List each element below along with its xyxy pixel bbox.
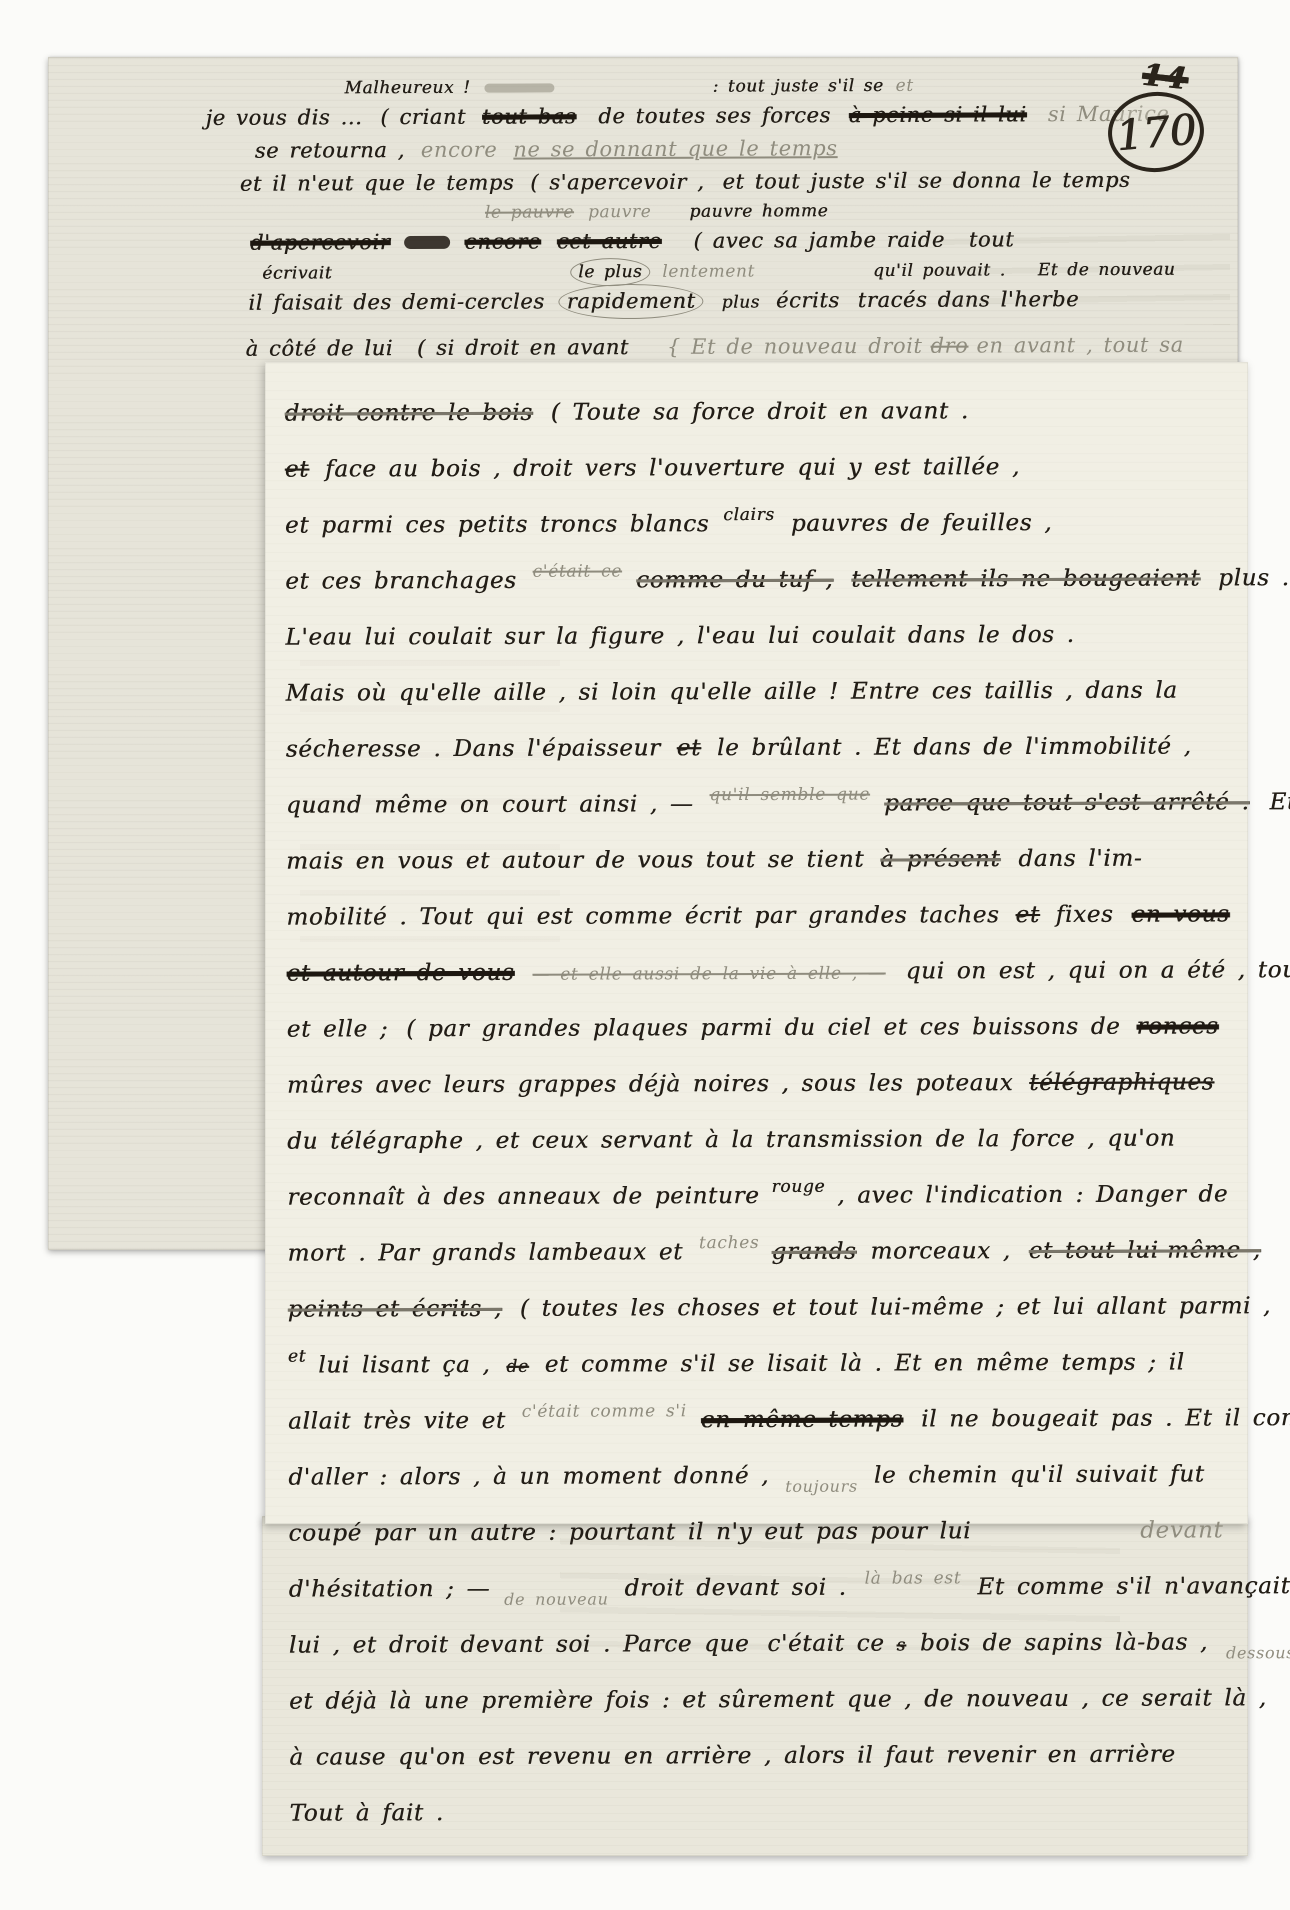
manuscript-line: se retourna ,encorene se donnant que le … xyxy=(198,131,1178,168)
manuscript-line: Mais où qu'elle aille , si loin qu'elle … xyxy=(285,662,1228,721)
manuscript-line: et déjà là une première fois : et sûreme… xyxy=(289,1670,1232,1729)
manuscript-line: allait très vite etc'était comme s'ien m… xyxy=(288,1390,1231,1449)
manuscript-line: d'hésitation ; —de nouveaudroit devant s… xyxy=(289,1558,1232,1617)
text-segment: L'eau lui coulait sur la figure , l'eau … xyxy=(285,607,1074,666)
text-segment: d'hésitation ; — xyxy=(289,1561,491,1618)
manuscript-line: Tout à fait . xyxy=(289,1782,1232,1841)
text-segment: dessous de falaise xyxy=(1226,1625,1290,1682)
text-segment: à cause qu'on est revenu en arrière , al… xyxy=(289,1727,1176,1786)
text-segment: écrits xyxy=(776,284,840,317)
text-segment: Et de nouveau xyxy=(1038,257,1176,284)
text-segment: allait très vite et xyxy=(288,1393,506,1450)
text-segment: lui lisant ça , xyxy=(318,1337,490,1394)
text-segment: tout xyxy=(969,223,1015,256)
text-segment: et ces branchages xyxy=(285,553,517,610)
text-segment: s xyxy=(896,1617,906,1673)
text-segment: Tout à fait . xyxy=(289,1785,444,1842)
text-segment: dans l'im- xyxy=(1018,831,1142,887)
manuscript-line: d'aller : alors , à un moment donné ,tou… xyxy=(288,1446,1231,1505)
manuscript-line: du télégraphe , et ceux servant à la tra… xyxy=(287,1110,1230,1169)
text-segment: de nouveau xyxy=(504,1571,609,1627)
text-segment xyxy=(404,236,450,249)
text-segment: et xyxy=(285,442,309,498)
text-segment: et elle ; xyxy=(287,1001,389,1057)
text-segment: d'aller : alors , à un moment donné , xyxy=(288,1448,769,1506)
text-segment: en vous xyxy=(1131,886,1229,942)
text-segment: le pauvre xyxy=(485,199,574,225)
text-segment: Malheureux ! xyxy=(344,75,470,102)
text-segment: , avec l'indication : Danger de xyxy=(837,1166,1228,1223)
text-segment: Mais où qu'elle aille , si loin qu'elle … xyxy=(285,663,1177,722)
manuscript-line: quand même on court ainsi , —qu'il sembl… xyxy=(286,774,1229,833)
text-segment: ( si droit en avant xyxy=(417,331,629,365)
manuscript-scan: Malheureux ! : tout juste s'il seetje vo… xyxy=(0,0,1290,1910)
text-segment: le chemin qu'il suivait fut xyxy=(874,1446,1205,1503)
text-segment: et tout lui-même , xyxy=(1029,1222,1261,1279)
text-segment: droit contre le bois xyxy=(285,385,533,442)
text-segment: mais en vous et autour de vous tout se t… xyxy=(286,832,864,890)
text-segment: Et le corps va , xyxy=(1269,774,1290,831)
text-segment: : tout juste s'il se xyxy=(712,73,883,100)
text-segment: à côté de lui xyxy=(246,332,394,366)
text-segment: d'apercevoir xyxy=(250,226,390,260)
manuscript-line: L'eau lui coulait sur la figure , l'eau … xyxy=(285,606,1228,665)
text-segment: et autour de vous xyxy=(286,945,514,1002)
manuscript-line: je vous dis ...( crianttout basde toutes… xyxy=(198,98,1178,135)
text-segment: pauvre xyxy=(588,199,651,225)
text-segment: et tout juste s'il se donna le temps xyxy=(722,164,1130,199)
text-segment: et xyxy=(288,1329,306,1385)
text-segment: là bas est xyxy=(865,1551,962,1607)
manuscript-line: etlui lisant ça ,deet comme s'il se lisa… xyxy=(288,1334,1231,1393)
text-segment: c'était ce xyxy=(533,544,623,600)
text-segment: pauvres de feuilles , xyxy=(791,495,1053,552)
main-sheet-text: droit contre le bois( Toute sa force dro… xyxy=(262,360,1250,1841)
text-segment: qu'il semble que xyxy=(709,767,870,824)
manuscript-line: et il n'eut que le temps( s'apercevoir ,… xyxy=(198,164,1178,201)
text-segment: en même temps xyxy=(701,1391,903,1448)
text-segment: — et elle aussi de la vie à elle , — xyxy=(532,946,885,1003)
text-segment: il faisait des demi-cercles xyxy=(248,285,544,319)
text-segment: taches xyxy=(699,1215,760,1271)
text-segment: et xyxy=(1015,887,1039,943)
manuscript-line: d'apercevoir encorecet autre( avec sa ja… xyxy=(198,223,1178,260)
text-segment: Et comme s'il n'avançait pas . Et droit xyxy=(977,1557,1290,1615)
text-segment: tracés dans l'herbe xyxy=(858,283,1079,317)
text-segment: fixes xyxy=(1056,887,1114,943)
text-segment: encore xyxy=(464,225,541,258)
text-segment: comme du tuf , xyxy=(636,552,833,609)
text-segment: et déjà là une première fois : et sûreme… xyxy=(289,1670,1267,1729)
manuscript-line: et parmi ces petits troncs blancsclairsp… xyxy=(285,494,1228,553)
text-segment: et il n'eut que le temps xyxy=(240,167,514,201)
text-segment xyxy=(485,83,555,92)
manuscript-line: mort . Par grands lambeaux ettachesgrand… xyxy=(287,1222,1230,1281)
text-segment: mort . Par grands lambeaux et xyxy=(287,1224,683,1281)
text-segment: parce que tout s'est arrêté . xyxy=(884,774,1250,831)
text-segment: cet autre xyxy=(557,225,662,258)
text-segment: et parmi ces petits troncs blancs xyxy=(285,496,709,553)
text-segment: pauvre homme xyxy=(689,198,828,225)
text-segment: à présent xyxy=(880,831,1000,887)
text-segment: tout bas xyxy=(482,100,576,133)
manuscript-line: à cause qu'on est revenu en arrière , al… xyxy=(289,1726,1232,1785)
text-segment: encore xyxy=(421,134,498,167)
text-segment: morceaux , xyxy=(870,1223,1010,1279)
text-segment: peints et écrits , xyxy=(288,1281,502,1338)
text-segment: face au bois , droit vers l'ouverture qu… xyxy=(325,439,1020,497)
manuscript-line: et autour de vous— et elle aussi de la v… xyxy=(286,942,1229,1001)
text-segment: qui on est , qui on a été , tout soi-mêm… xyxy=(906,942,1290,1000)
text-segment: bois de sapins là-bas , xyxy=(920,1614,1208,1671)
text-segment: quand même on court ainsi , — xyxy=(286,776,694,833)
text-segment: écrivait xyxy=(262,260,332,286)
text-segment: sécheresse . Dans l'épaisseur xyxy=(286,720,661,777)
text-segment: le plus xyxy=(570,258,650,286)
text-segment: ( Toute sa force droit en avant . xyxy=(551,383,969,440)
text-segment: en avant , tout sa xyxy=(976,329,1183,363)
text-segment: c'était comme s'i xyxy=(522,1384,687,1441)
text-segment: rouge xyxy=(771,1159,825,1215)
manuscript-line: coupé par un autre : pourtant il n'y eut… xyxy=(288,1502,1231,1561)
text-segment: ronces xyxy=(1136,998,1218,1054)
text-segment: de toutes ses forces xyxy=(598,99,831,133)
text-segment: à peine si il lui xyxy=(849,98,1027,132)
manuscript-line: lui , et droit devant soi . Parce quec'é… xyxy=(289,1614,1232,1673)
text-segment: ( criant xyxy=(380,101,466,134)
text-segment: clairs xyxy=(723,487,775,543)
manuscript-line: et ces branchagesc'était cecomme du tuf … xyxy=(285,550,1228,609)
text-segment: droit devant soi . xyxy=(624,1560,846,1617)
text-segment: qu'il pouvait . xyxy=(873,257,1006,284)
text-segment: ( par grandes plaques parmi du ciel et c… xyxy=(406,999,1120,1057)
text-segment: et xyxy=(677,720,701,776)
manuscript-line: mobilité . Tout qui est comme écrit par … xyxy=(286,886,1229,945)
text-segment: rapidement xyxy=(559,284,704,320)
manuscript-line: peints et écrits ,( toutes les choses et… xyxy=(288,1278,1231,1337)
text-segment: devant xyxy=(1140,1502,1223,1558)
text-segment: plus xyxy=(722,286,761,319)
text-segment: ne se donnant que le temps xyxy=(513,132,837,166)
top-sheet-text: Malheureux ! : tout juste s'il seetje vo… xyxy=(47,63,1238,366)
text-segment: et xyxy=(896,73,914,99)
text-segment: du télégraphe , et ceux servant à la tra… xyxy=(287,1111,1175,1170)
manuscript-line: et elle ;( par grandes plaques parmi du … xyxy=(287,998,1230,1057)
text-segment: reconnaît à des anneaux de peinture xyxy=(287,1168,759,1226)
text-segment: ( s'apercevoir , xyxy=(530,166,704,200)
text-segment: je vous dis ... xyxy=(206,101,363,135)
text-segment: ( toutes les choses et tout lui-même ; e… xyxy=(520,1278,1271,1337)
text-segment: mûres avec leurs grappes déjà noires , s… xyxy=(287,1055,1013,1114)
manuscript-line: mais en vous et autour de vous tout se t… xyxy=(286,830,1229,889)
text-segment: { Et de nouveau droit xyxy=(667,330,923,364)
manuscript-line: il faisait des demi-cerclesrapidementplu… xyxy=(198,282,1178,319)
text-segment: toujours xyxy=(785,1458,858,1514)
text-segment: ( avec sa jambe raide xyxy=(693,224,944,258)
text-segment: plus . xyxy=(1218,550,1290,606)
text-segment: c'était ce xyxy=(767,1616,884,1672)
text-segment: mobilité . Tout qui est comme écrit par … xyxy=(286,887,999,945)
text-segment: tellement ils ne bougeaient xyxy=(851,550,1200,607)
manuscript-line: droit contre le bois( Toute sa force dro… xyxy=(285,382,1228,441)
manuscript-line: mûres avec leurs grappes déjà noires , s… xyxy=(287,1054,1230,1113)
text-segment: se retourna , xyxy=(255,134,405,168)
text-segment: il ne bougeait pas . Et il continuait xyxy=(921,1390,1290,1448)
text-segment: lentement xyxy=(662,259,755,285)
text-segment: télégraphiques xyxy=(1029,1054,1214,1111)
text-segment: dro xyxy=(930,330,968,363)
text-segment: grands xyxy=(771,1224,856,1280)
